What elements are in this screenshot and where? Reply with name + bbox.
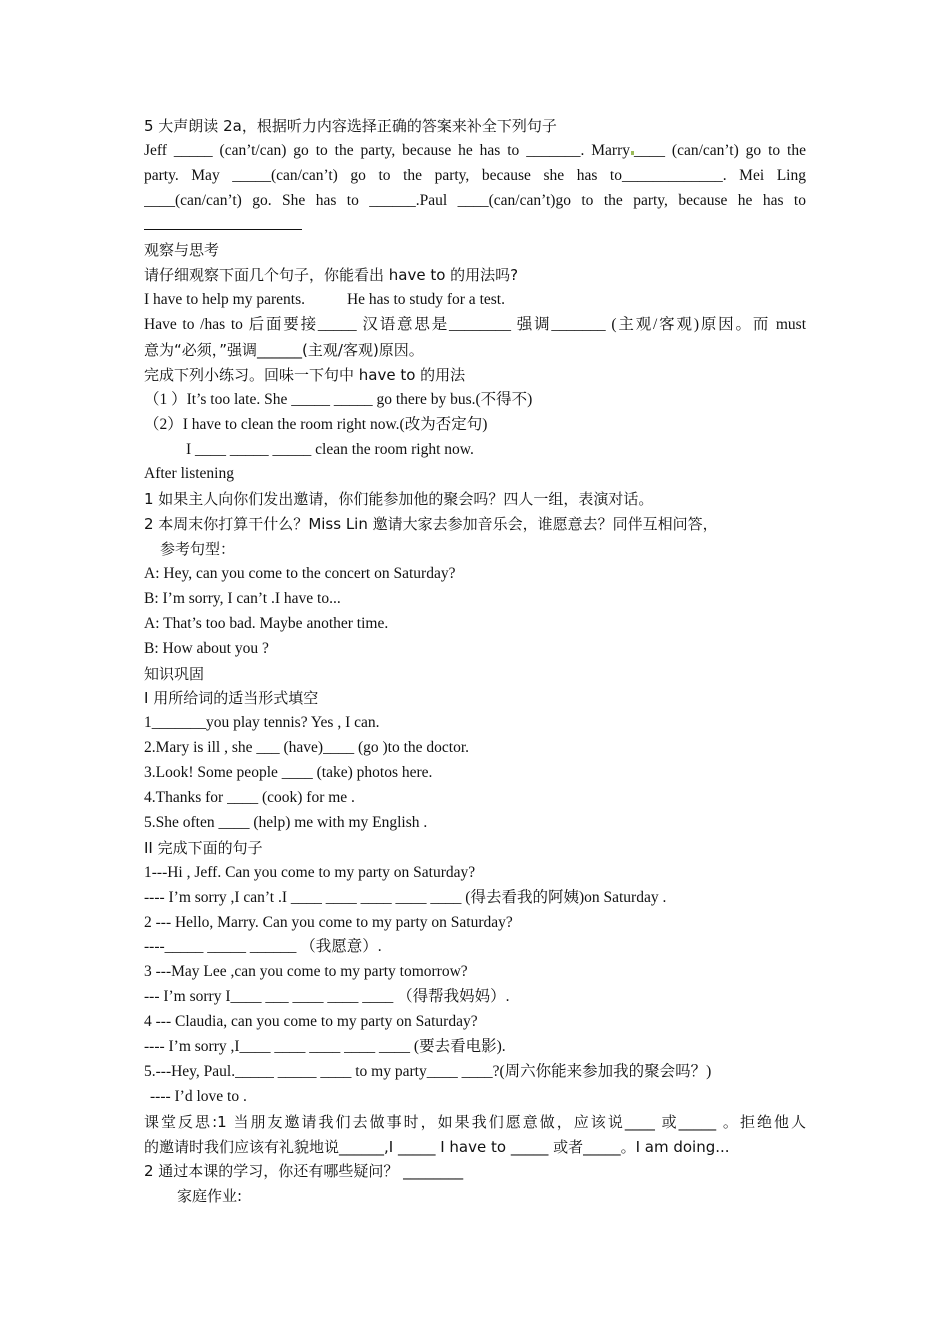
after-listening-task-2: 2 本周末你打算干什么？Miss Lin 邀请大家去参加音乐会，谁愿意去？同伴互…: [144, 512, 806, 537]
part2-item: 2 --- Hello, Marry. Can you come to my p…: [144, 911, 806, 936]
section5-heading: 5 大声朗读 2a，根据听力内容选择正确的答案来补全下列句子: [144, 114, 806, 139]
practice-item-2-answer: I ____ _____ _____ clean the room right …: [144, 438, 806, 463]
part2-item: --- I’m sorry I____ ___ ____ ____ ____ （…: [144, 985, 806, 1010]
part2-heading: II 完成下面的句子: [144, 836, 806, 861]
consolidation-heading: 知识巩固: [144, 662, 806, 687]
reflection-line-3: 2 通过本课的学习，你还有哪些疑问？ ________: [144, 1159, 806, 1184]
part1-item: 2.Mary is ill , she ___ (have)____ (go )…: [144, 736, 806, 761]
part2-item: 3 ---May Lee ,can you come to my party t…: [144, 960, 806, 985]
part1-item: 1_______you play tennis? Yes , I can.: [144, 711, 806, 736]
part2-item: 1---Hi , Jeff. Can you come to my party …: [144, 861, 806, 886]
section5-line-1: Jeff _____ (can’t/can) go to the party, …: [144, 139, 806, 164]
dialog-line: B: How about you ?: [144, 637, 806, 662]
practice-item-1: （1 ）It’s too late. She _____ _____ go th…: [144, 388, 806, 413]
practice-heading: 完成下列小练习。回味一下句中 have to 的用法: [144, 363, 806, 388]
after-listening-task-1: 1 如果主人向你们发出邀请，你们能参加他的聚会吗？四人一组，表演对话。: [144, 487, 806, 512]
example-2: He has to study for a test.: [347, 291, 505, 308]
part2-item: ---- I’m sorry ,I can’t .I ____ ____ ___…: [144, 886, 806, 911]
dialog-line: A: That’s too bad. Maybe another time.: [144, 612, 806, 637]
observe-heading: 观察与思考: [144, 238, 806, 263]
section5-line-2: party. May _____(can/can’t) go to the pa…: [144, 164, 806, 189]
part2-item: ---- I’m sorry ,I____ ____ ____ ____ ___…: [144, 1035, 806, 1060]
part2-item: 4 --- Claudia, can you come to my party …: [144, 1010, 806, 1035]
observe-question: 请仔细观察下面几个句子，你能看出 have to 的用法吗?: [144, 263, 806, 288]
part1-heading: I 用所给词的适当形式填空: [144, 686, 806, 711]
answer-blank-line: [144, 215, 302, 230]
homework-label: 家庭作业:: [144, 1184, 806, 1209]
observe-rule-1: Have to /has to 后面要接_____ 汉语意思是________ …: [144, 313, 806, 338]
after-listening-heading: After listening: [144, 462, 806, 487]
dialog-line: B: I’m sorry, I can’t .I have to...: [144, 587, 806, 612]
part2-item: ----_____ _____ ______ （我愿意）.: [144, 935, 806, 960]
section5-answer-rule: [144, 214, 806, 239]
example-1: I have to help my parents.: [144, 291, 305, 308]
reflection-line-2: 的邀请时我们应该有礼貌地说______,I _____ I have to __…: [144, 1135, 806, 1160]
observe-rule-2: 意为“必须，”强调______(主观/客观)原因。: [144, 338, 806, 363]
part2-item: ---- I’d love to .: [144, 1085, 806, 1110]
reflection-line-1: 课堂反思:1 当朋友邀请我们去做事时，如果我们愿意做，应该说____ 或____…: [144, 1110, 806, 1135]
part1-item: 5.She often ____ (help) me with my Engli…: [144, 811, 806, 836]
part1-item: 3.Look! Some people ____ (take) photos h…: [144, 761, 806, 786]
part1-item: 4.Thanks for ____ (cook) for me .: [144, 786, 806, 811]
reference-pattern-label: 参考句型：: [144, 537, 806, 562]
dialog-line: A: Hey, can you come to the concert on S…: [144, 562, 806, 587]
worksheet-page: 5 大声朗读 2a，根据听力内容选择正确的答案来补全下列句子 Jeff ____…: [144, 114, 806, 1209]
section5-line-3: ____(can/can’t) go. She has to ______.Pa…: [144, 189, 806, 214]
part2-item: 5.---Hey, Paul._____ _____ ____ to my pa…: [144, 1060, 806, 1085]
observe-examples: I have to help my parents.He has to stud…: [144, 288, 806, 313]
practice-item-2: （2）I have to clean the room right now.(改…: [144, 413, 806, 438]
